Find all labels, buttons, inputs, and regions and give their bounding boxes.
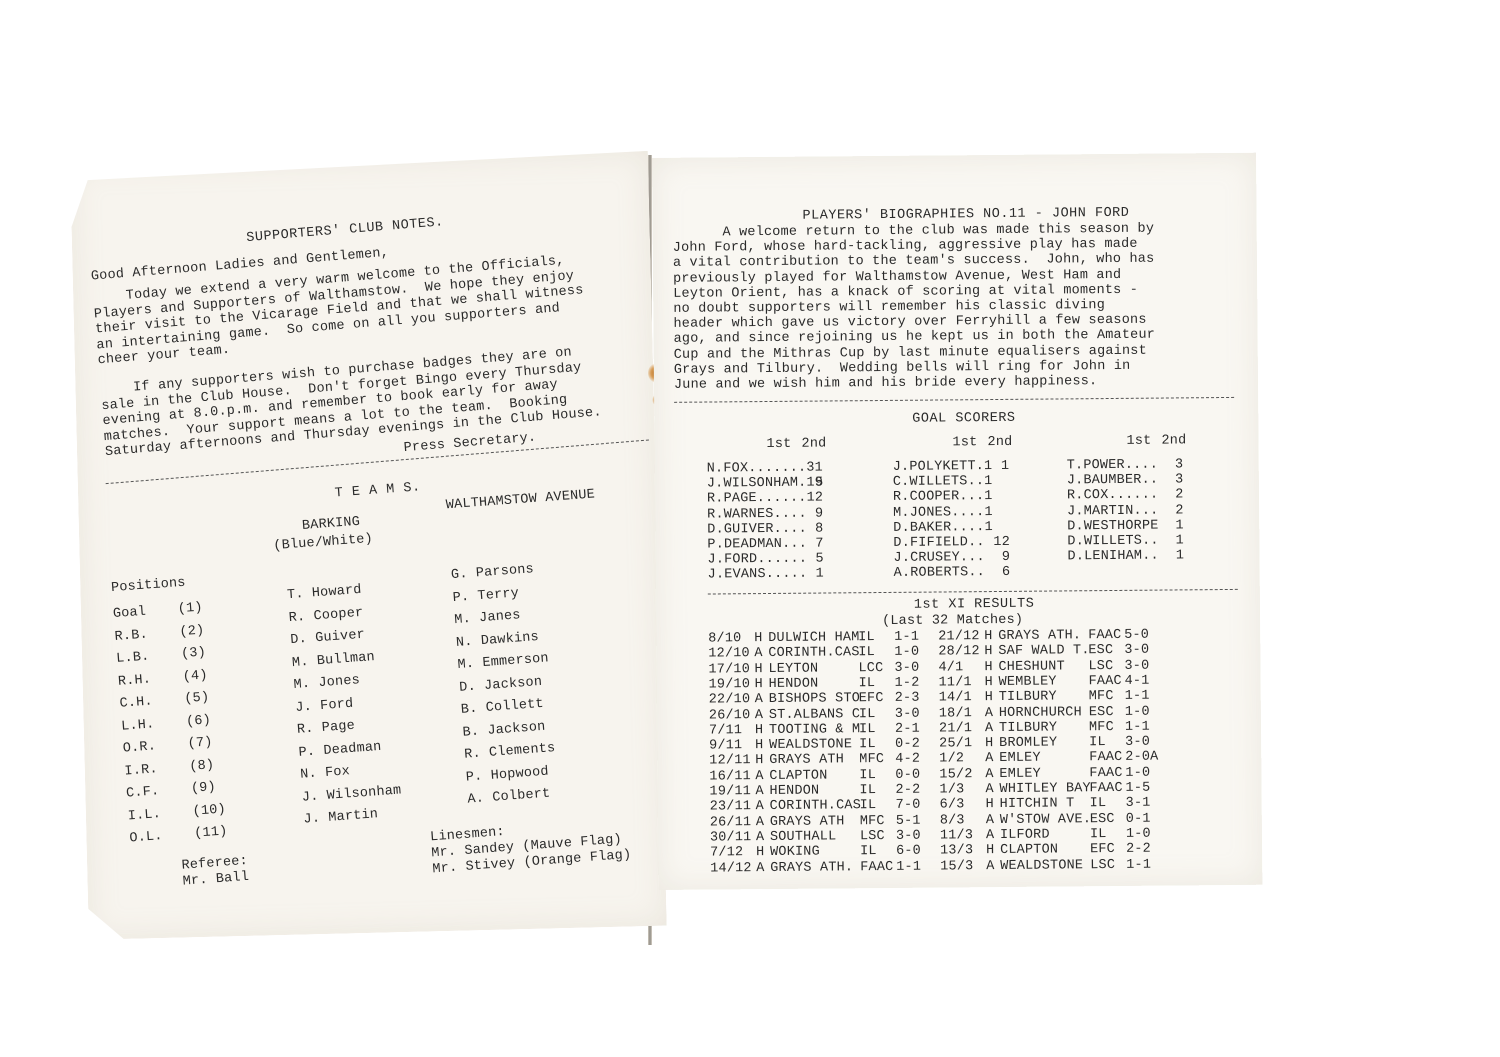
result-venue: H: [755, 753, 763, 769]
result-date: 18/1: [939, 706, 972, 722]
position-number: (4): [182, 668, 208, 685]
result-opponent: WHITLEY BAY: [999, 781, 1090, 797]
scorer-2nd: 5: [807, 476, 824, 492]
position-number: (2): [179, 623, 205, 640]
result-opponent: GRAYS ATH: [769, 753, 844, 769]
result-score: 3-0: [1124, 658, 1149, 674]
scorer-2nd: 3: [1167, 457, 1184, 473]
result-date: 12/10: [708, 646, 750, 662]
result-date: 26/10: [709, 708, 751, 724]
position-label: O.L.: [129, 829, 163, 847]
result-date: 9/11: [709, 738, 742, 754]
result-date: 13/3: [940, 843, 973, 859]
result-venue: H: [755, 677, 763, 693]
left-page: SUPPORTERS' CLUB NOTES. Good Afternoon L…: [70, 151, 667, 940]
scorer-row: R.WARNES.... 9: [707, 506, 823, 523]
result-competition: IL: [859, 676, 876, 692]
result-venue: A: [756, 815, 764, 831]
result-score: 6-0: [896, 844, 921, 860]
result-opponent: CORINTH.CAS: [768, 646, 859, 662]
col-header-1st: 1st: [766, 437, 791, 453]
away-player: B. Collett: [460, 697, 544, 719]
result-competition: LSC: [1088, 659, 1113, 675]
away-player: M. Janes: [454, 608, 521, 628]
result-score: 1-1: [1125, 689, 1150, 705]
result-competition: MFC: [1089, 720, 1114, 736]
result-opponent: CHESHUNT: [998, 659, 1065, 675]
position-label: R.H.: [117, 672, 151, 690]
scorer-row: D.LENIHAM..: [1067, 549, 1158, 565]
col-header-1st: 1st: [952, 435, 977, 451]
result-score: 1-0: [1125, 765, 1150, 781]
result-competition: IL: [1089, 735, 1106, 751]
result-opponent: SAF WALD T.: [998, 643, 1089, 659]
result-date: 8/3: [940, 813, 965, 829]
scorer-2nd: 2: [1167, 488, 1184, 504]
result-score: 2-1: [895, 721, 920, 737]
home-player: P. Deadman: [298, 739, 382, 761]
result-venue: A: [755, 708, 763, 724]
scorer-row: D.WILLETS..: [1067, 534, 1158, 550]
col-header-2nd: 2nd: [987, 435, 1012, 451]
away-player: M. Emmerson: [457, 651, 549, 673]
position-label: C.H.: [119, 694, 153, 712]
position-number: (7): [187, 735, 213, 752]
result-date: 4/1: [938, 660, 963, 676]
result-venue: A: [755, 769, 763, 785]
position-label: R.B.: [114, 627, 148, 645]
result-competition: FAAC: [1089, 781, 1122, 797]
result-venue: A: [985, 751, 993, 767]
position-number: (8): [189, 758, 215, 775]
result-score: 1-1: [896, 859, 921, 875]
result-date: 6/3: [940, 798, 965, 814]
result-score: 1-0: [1126, 827, 1151, 843]
scorer-row: T.POWER....: [1067, 458, 1158, 474]
result-opponent: WEALDSTONE: [1000, 858, 1083, 874]
home-player: D. Guiver: [290, 628, 366, 649]
result-competition: LSC: [860, 829, 885, 845]
result-opponent: SOUTHALL: [770, 829, 837, 845]
result-venue: H: [984, 629, 992, 645]
result-opponent: WEALDSTONE: [769, 737, 852, 753]
result-venue: A: [986, 859, 994, 875]
result-score: 3-0: [896, 829, 921, 845]
result-venue: A: [985, 767, 993, 783]
result-competition: MFC: [859, 752, 884, 768]
result-venue: H: [986, 797, 994, 813]
position-number: (10): [192, 802, 226, 820]
result-venue: H: [985, 675, 993, 691]
result-date: 14/1: [939, 690, 972, 706]
result-opponent: W'STOW AVE.: [1000, 812, 1091, 828]
result-opponent: GRAYS ATH.: [998, 628, 1081, 644]
scorer-row: J.MARTIN...: [1067, 503, 1158, 519]
result-venue: A: [756, 830, 764, 846]
result-score: 3-0: [894, 660, 919, 676]
section-divider: [674, 397, 1234, 403]
result-date: 25/1: [939, 736, 972, 752]
result-date: 12/11: [709, 754, 751, 770]
scorer-2nd: 12: [993, 535, 1010, 551]
scorer-2nd: 6: [994, 565, 1011, 581]
result-score: 4-1: [1125, 674, 1150, 690]
result-opponent: EMLEY: [999, 766, 1041, 782]
result-score: 3-0: [1125, 735, 1150, 751]
result-score: 1-2: [895, 676, 920, 692]
result-venue: A: [754, 646, 762, 662]
result-competition: LSC: [1090, 857, 1115, 873]
position-label: O.R.: [122, 739, 156, 757]
scorer-row: R.PAGE......12: [707, 491, 823, 508]
scorer-row: P.DEADMAN... 7: [707, 537, 823, 554]
result-score: 2-0A: [1125, 750, 1158, 766]
result-competition: IL: [859, 783, 876, 799]
position-label: L.H.: [121, 717, 155, 735]
scorer-row: D.GUIVER.... 8: [707, 521, 823, 538]
result-venue: A: [986, 813, 994, 829]
result-competition: ESC: [1088, 643, 1113, 659]
result-date: 17/10: [708, 662, 750, 678]
home-player: M. Jones: [293, 673, 360, 693]
home-player: T. Howard: [287, 583, 363, 604]
result-opponent: TILBURY: [999, 690, 1057, 706]
result-opponent: HITCHIN T: [1000, 797, 1075, 813]
result-opponent: BISHOPS STO: [769, 691, 860, 707]
scorer-row: R.COX......: [1067, 488, 1158, 504]
scorer-row: J.EVANS..... 1: [708, 567, 824, 584]
result-competition: IL: [859, 768, 876, 784]
scorer-row: D.FIFIELD..: [893, 535, 984, 551]
result-score: 2-2: [895, 783, 920, 799]
scorer-2nd: 2: [1167, 503, 1184, 519]
result-competition: ESC: [1089, 704, 1114, 720]
position-label: L.B.: [116, 650, 150, 668]
result-venue: A: [985, 706, 993, 722]
result-venue: H: [984, 644, 992, 660]
position-number: (11): [194, 824, 228, 842]
scorer-2nd: 1: [1167, 549, 1184, 565]
result-venue: H: [754, 662, 762, 678]
position-number: (9): [190, 780, 216, 797]
result-venue: H: [986, 843, 994, 859]
result-score: 1-0: [1125, 704, 1150, 720]
position-number: (3): [181, 645, 207, 662]
scorer-row: J.POLYKETT.1: [893, 459, 993, 475]
result-date: 1/2: [939, 752, 964, 768]
result-date: 19/10: [709, 677, 751, 693]
result-venue: H: [755, 738, 763, 754]
home-player: R. Page: [296, 719, 355, 739]
biography-text: A welcome return to the club was made th…: [673, 222, 1156, 393]
position-number: (1): [177, 600, 203, 617]
col-header-1st: 1st: [1126, 434, 1151, 450]
result-competition: FAAC: [1088, 628, 1121, 644]
result-competition: MFC: [1089, 689, 1114, 705]
result-opponent: GRAYS ATH.: [770, 860, 853, 876]
result-competition: EFC: [1090, 842, 1115, 858]
result-date: 28/12: [938, 644, 980, 660]
result-score: 2-2: [1126, 842, 1151, 858]
scorer-2nd: 9: [993, 550, 1010, 566]
result-score: 0-0: [895, 767, 920, 783]
scorer-row: J.FORD...... 5: [707, 552, 823, 569]
results-subtitle: (Last 32 Matches): [882, 613, 1023, 630]
result-competition: FAAC: [1089, 750, 1122, 766]
result-opponent: EMLEY: [999, 751, 1041, 767]
result-date: 26/11: [710, 815, 752, 831]
result-score: 1-5: [1125, 781, 1150, 797]
result-opponent: GRAYS ATH: [770, 814, 845, 830]
home-player: N. Fox: [300, 764, 351, 783]
away-player: A. Colbert: [467, 787, 551, 809]
away-player: R. Clements: [464, 741, 556, 763]
col-header-2nd: 2nd: [801, 436, 826, 452]
result-venue: H: [755, 723, 763, 739]
result-competition: IL: [860, 798, 877, 814]
result-date: 15/2: [939, 767, 972, 783]
result-date: 15/3: [940, 859, 973, 875]
result-competition: FAAC: [1089, 674, 1122, 690]
result-date: 7/11: [709, 723, 742, 739]
result-competition: LCC: [858, 661, 883, 677]
result-score: 1-0: [894, 645, 919, 661]
result-venue: H: [756, 845, 764, 861]
away-player: P. Hopwood: [465, 764, 549, 786]
result-score: 4-2: [895, 752, 920, 768]
scorer-2nd: 3: [1167, 473, 1184, 489]
scorer-row: J.WILSONHAM.19: [707, 476, 823, 493]
result-competition: FAAC: [860, 859, 893, 875]
result-date: 1/3: [939, 782, 964, 798]
result-venue: H: [985, 736, 993, 752]
position-label: C.F.: [126, 784, 160, 802]
result-competition: FAAC: [1089, 766, 1122, 782]
result-date: 7/12: [710, 845, 743, 861]
positions-label: Positions: [111, 576, 187, 597]
home-team-colours: (Blue/White): [273, 532, 373, 555]
away-player: B. Jackson: [462, 719, 546, 741]
result-opponent: WOKING: [770, 845, 820, 861]
result-venue: H: [984, 660, 992, 676]
away-player: D. Jackson: [459, 674, 543, 696]
result-opponent: BROMLEY: [999, 736, 1057, 752]
result-competition: ESC: [1090, 812, 1115, 828]
away-player: P. Terry: [452, 586, 519, 606]
scorer-row: J.CRUSEY...: [893, 550, 984, 566]
result-competition: IL: [860, 844, 877, 860]
scorer-row: A.ROBERTS..: [894, 566, 985, 582]
result-score: 2-3: [895, 691, 920, 707]
result-date: 22/10: [709, 692, 751, 708]
scorer-2nd: 1: [1167, 533, 1184, 549]
result-opponent: TILBURY: [999, 720, 1057, 736]
result-opponent: HENDON: [769, 676, 819, 692]
result-date: 21/12: [938, 629, 980, 645]
position-number: (5): [184, 690, 210, 707]
away-player: G. Parsons: [451, 562, 535, 584]
scorer-row: J.BAUMBER..: [1067, 473, 1158, 489]
position-number: (6): [186, 713, 212, 730]
result-opponent: HORNCHURCH: [999, 705, 1082, 721]
right-page: PLAYERS' BIOGRAPHIES NO.11 - JOHN FORD A…: [652, 153, 1262, 890]
result-score: 1-1: [1125, 719, 1150, 735]
col-header-2nd: 2nd: [1161, 433, 1186, 449]
goal-scorers-title: GOAL SCORERS: [912, 411, 1015, 427]
result-venue: A: [985, 782, 993, 798]
position-label: I.R.: [124, 762, 158, 780]
result-opponent: TOOTING & M: [769, 722, 860, 738]
section-divider: [708, 589, 1238, 595]
result-competition: IL: [859, 737, 876, 753]
result-date: 16/11: [709, 769, 751, 785]
result-date: 11/1: [939, 675, 972, 691]
result-date: 14/12: [710, 861, 752, 877]
scorer-row: R.COOPER...1: [893, 489, 993, 505]
scorer-row: M.JONES....1: [893, 505, 993, 521]
result-competition: IL: [1090, 827, 1107, 843]
result-score: 0-2: [895, 737, 920, 753]
result-competition: IL: [859, 722, 876, 738]
result-opponent: CLAPTON: [1000, 843, 1058, 859]
result-competition: IL: [858, 645, 875, 661]
result-venue: A: [986, 828, 994, 844]
position-label: I.L.: [127, 807, 161, 825]
result-score: 3-0: [895, 706, 920, 722]
scorer-row: D.WESTHORPE: [1067, 518, 1158, 534]
result-date: 8/10: [708, 631, 741, 647]
result-venue: A: [756, 861, 764, 877]
result-venue: A: [985, 721, 993, 737]
result-score: 1-1: [1126, 857, 1151, 873]
home-player: R. Cooper: [288, 605, 364, 626]
away-player: N. Dawkins: [455, 629, 539, 651]
home-player: M. Bullman: [292, 650, 376, 672]
scorer-2nd: 1: [1167, 518, 1184, 534]
result-venue: H: [754, 631, 762, 647]
result-score: 1-1: [894, 630, 919, 646]
result-opponent: HENDON: [769, 784, 819, 800]
result-venue: A: [755, 784, 763, 800]
result-date: 21/1: [939, 721, 972, 737]
result-score: 5-0: [1124, 628, 1149, 644]
result-opponent: CORINTH.CAS: [770, 798, 861, 814]
result-venue: A: [755, 692, 763, 708]
home-player: J. Wilsonham: [301, 783, 401, 806]
result-score: 7-0: [896, 798, 921, 814]
result-opponent: DULWICH HAM: [768, 630, 859, 646]
teams-title: T E A M S.: [334, 480, 421, 502]
result-date: 19/11: [709, 784, 751, 800]
away-team-name: WALTHAMSTOW AVENUE: [445, 487, 595, 513]
scorer-row: N.FOX.......31: [707, 461, 823, 478]
result-competition: IL: [859, 707, 876, 723]
result-date: 11/3: [940, 828, 973, 844]
home-team-name: BARKING: [302, 515, 361, 535]
home-player: J. Martin: [303, 807, 379, 828]
result-opponent: CLAPTON: [769, 768, 827, 784]
scorer-row: D.BAKER....1: [893, 520, 993, 536]
result-date: 23/11: [710, 799, 752, 815]
result-competition: IL: [1090, 796, 1107, 812]
position-label: Goal: [112, 605, 146, 623]
result-score: 3-1: [1126, 796, 1151, 812]
result-score: 0-1: [1126, 811, 1151, 827]
result-score: 5-1: [896, 813, 921, 829]
result-competition: MFC: [860, 814, 885, 830]
result-venue: A: [756, 799, 764, 815]
result-competition: IL: [858, 630, 875, 646]
scorer-row: C.WILLETS..1: [893, 474, 993, 490]
result-opponent: ILFORD: [1000, 827, 1050, 843]
result-opponent: ST.ALBANS C: [769, 707, 860, 723]
result-opponent: WEMBLEY: [999, 674, 1057, 690]
result-opponent: LEYTON: [768, 661, 818, 677]
result-date: 30/11: [710, 830, 752, 846]
results-title: 1st XI RESULTS: [914, 597, 1035, 614]
result-score: 3-0: [1124, 643, 1149, 659]
result-venue: H: [985, 690, 993, 706]
home-player: J. Ford: [295, 696, 354, 716]
result-competition: EFC: [859, 691, 884, 707]
scorer-2nd: 1: [993, 459, 1010, 475]
